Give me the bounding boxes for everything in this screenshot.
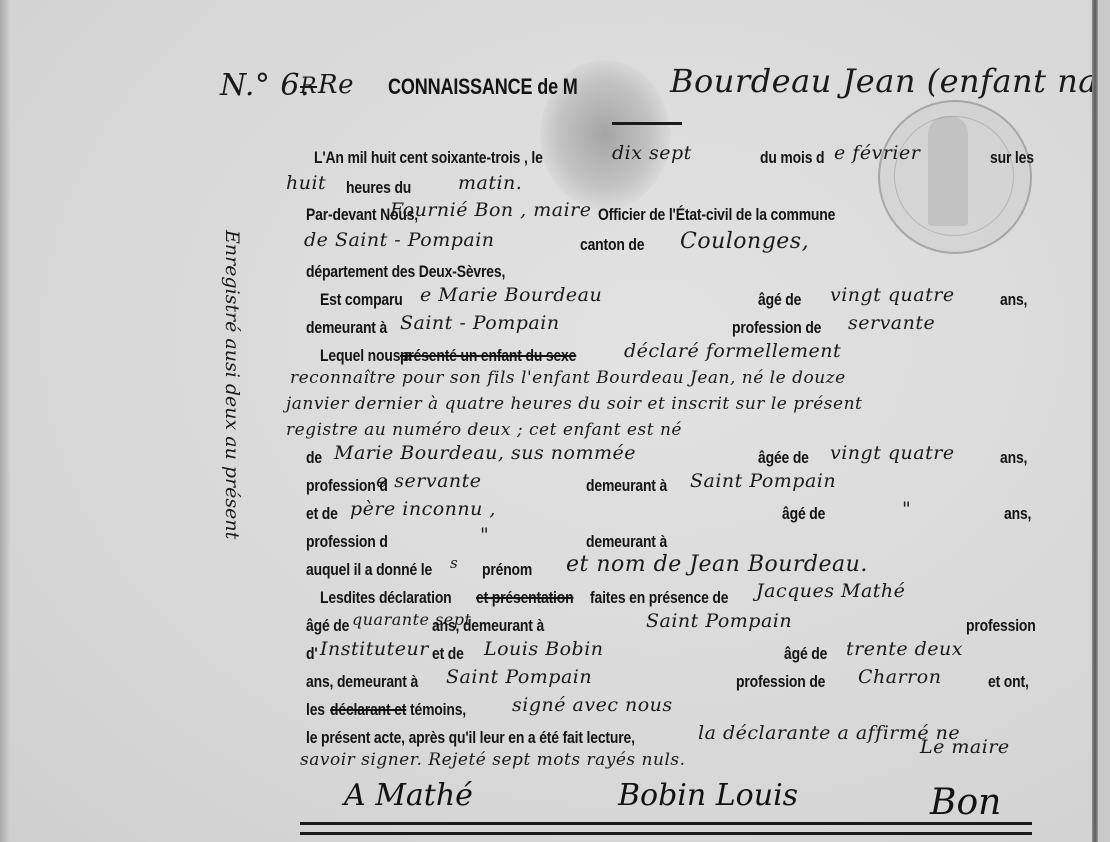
line-14-print-3: ans, (1004, 504, 1031, 524)
line-1-print: L'An mil huit cent soixante-trois , le (314, 148, 543, 168)
civil-registry-seal (878, 100, 1032, 254)
signature-witness-2: Bobin Louis (618, 778, 798, 813)
line-6-declarant-name: e Marie Bourdeau (420, 284, 602, 306)
line-15-print-2: demeurant à (586, 532, 667, 552)
line-4-canton: Coulonges, (680, 229, 809, 254)
line-19-print-2: et de (432, 644, 464, 664)
line-1-print-3: sur les (990, 148, 1034, 168)
line-16-child-name: et nom de Jean Bourdeau. (566, 552, 868, 577)
line-17-struck-text: et présentation (476, 588, 573, 608)
line-23-note: savoir signer. Rejeté sept mots rayés nu… (300, 750, 686, 770)
line-21-print-2: témoins, (410, 700, 466, 720)
line-17-witness-1: Jacques Mathé (756, 580, 905, 602)
line-6-print: Est comparu (320, 290, 403, 310)
signature-witness-1: A Mathé (344, 778, 473, 813)
title-hand-prefix: Re (318, 70, 354, 100)
bottom-rule-1 (300, 822, 1032, 825)
line-21-print: les (306, 700, 325, 720)
line-20-profession: Charron (858, 666, 941, 688)
line-16-plural: s (450, 554, 458, 572)
bottom-rule-2 (300, 832, 1032, 835)
line-4-print: canton de (580, 235, 644, 255)
line-15-print: profession d (306, 532, 388, 552)
document-page: N.° 6. R Re CONNAISSANCE de M Bourdeau J… (0, 0, 1090, 842)
line-14-print: et de (306, 504, 338, 524)
line-14-father: père inconnu , (350, 498, 496, 520)
line-12-print-3: ans, (1000, 448, 1027, 468)
title-print: CONNAISSANCE de M (388, 74, 578, 100)
line-7-profession: servante (848, 312, 935, 334)
line-19-profession: Instituteur (320, 638, 429, 660)
line-6-print-2: âgé de (758, 290, 801, 310)
line-18-print: âgé de (306, 616, 349, 636)
line-17-print: Lesdites déclaration (320, 588, 452, 608)
line-17-print-2: faites en présence de (590, 588, 728, 608)
title-struck-letter: R (300, 74, 317, 99)
margin-annotation: Enregistré ausi deux au présent (221, 230, 243, 539)
line-9-hand: reconnaître pour son fils l'enfant Bourd… (290, 368, 846, 388)
line-5-print: département des Deux-Sèvres, (306, 262, 505, 282)
line-16-print: auquel il a donné le (306, 560, 432, 580)
line-19-witness-2: Louis Bobin (484, 638, 604, 660)
line-16-print-2: prénom (482, 560, 532, 580)
line-22-print: le présent acte, après qu'il leur en a é… (306, 728, 635, 748)
signature-mayor: Bon (930, 782, 1001, 823)
line-8-print: Lequel nous a (320, 346, 412, 366)
title-subject: Bourdeau Jean (enfant naturel) (670, 62, 1110, 100)
page-left-shadow (0, 0, 10, 842)
line-2-time-of-day: matin. (458, 172, 522, 194)
line-7-residence: Saint - Pompain (400, 312, 560, 334)
line-15-ditto: " (480, 524, 489, 546)
line-8-declaration: déclaré formellement (624, 340, 841, 362)
line-3-officer-name: Fournié Bon , maire (390, 199, 592, 221)
line-13-residence: Saint Pompain (690, 470, 836, 492)
line-14-ditto: " (902, 498, 911, 520)
line-7-print-2: profession de (732, 318, 821, 338)
line-2-print: heures du (346, 178, 411, 198)
line-21-struck-text: déclarant et (330, 700, 406, 720)
line-2-hour: huit (286, 172, 326, 194)
line-19-age: trente deux (846, 638, 963, 660)
line-1-date-day: dix sept (612, 142, 692, 164)
title-underline (612, 122, 682, 125)
next-page-strip (1098, 0, 1110, 842)
line-20-residence: Saint Pompain (446, 666, 592, 688)
line-14-print-2: âgé de (782, 504, 825, 524)
line-12-age: vingt quatre (830, 442, 955, 464)
line-1-print-2: du mois d (760, 148, 824, 168)
line-19-print-3: âgé de (784, 644, 827, 664)
line-13-print-2: demeurant à (586, 476, 667, 496)
line-21-signed: signé avec nous (512, 694, 673, 716)
line-19-print: d' (306, 644, 318, 664)
line-18-print-2: ans, demeurant à (432, 616, 544, 636)
mayor-label: Le maire (920, 736, 1010, 758)
line-3-print-2: Officier de l'État-civil de la commune (598, 205, 835, 225)
line-12-mother-name: Marie Bourdeau, sus nommée (334, 442, 636, 464)
line-20-print-2: profession de (736, 672, 825, 692)
line-20-print-3: et ont, (988, 672, 1029, 692)
line-12-print: de (306, 448, 322, 468)
line-4-commune: de Saint - Pompain (304, 229, 495, 251)
line-1-month: e février (834, 142, 920, 164)
line-6-age: vingt quatre (830, 284, 955, 306)
line-11-hand: registre au numéro deux ; cet enfant est… (286, 420, 682, 440)
line-7-print: demeurant à (306, 318, 387, 338)
line-20-print: ans, demeurant à (306, 672, 418, 692)
line-6-print-3: ans, (1000, 290, 1027, 310)
line-13-profession: e servante (376, 470, 482, 492)
line-12-print-2: âgée de (758, 448, 809, 468)
line-18-print-3: profession (966, 616, 1036, 636)
line-18-residence: Saint Pompain (646, 610, 792, 632)
act-number: N.° 6. (220, 68, 310, 103)
line-10-hand: janvier dernier à quatre heures du soir … (286, 394, 862, 414)
line-8-struck-text: présenté un enfant du sexe (400, 346, 576, 366)
